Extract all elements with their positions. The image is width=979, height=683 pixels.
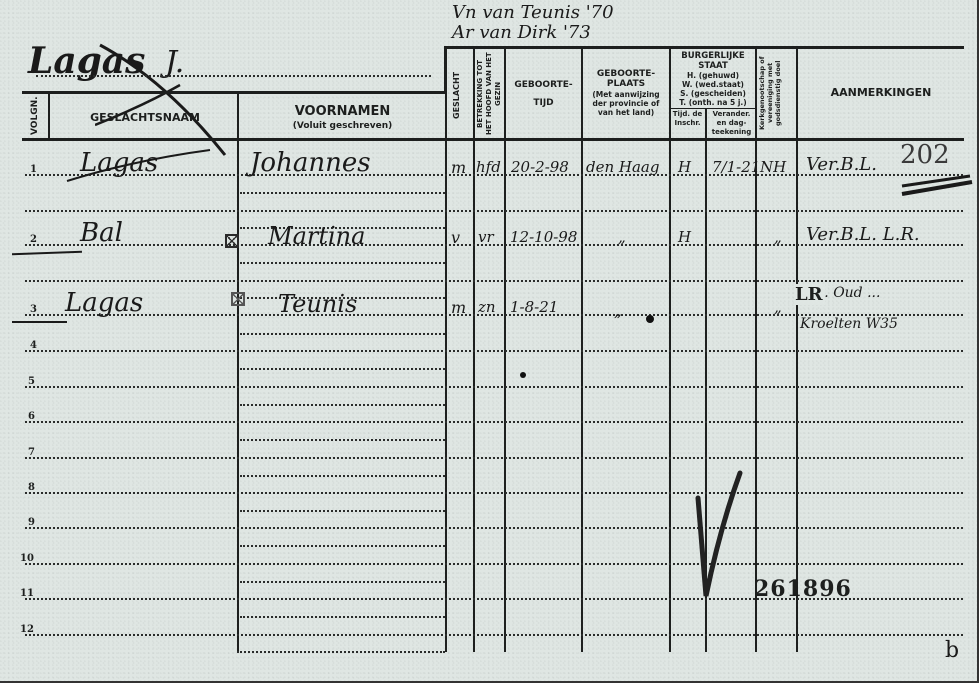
header-top-right-border — [444, 46, 964, 49]
row-number: 2 — [30, 234, 37, 245]
row-birthdate: 1-8-21 — [510, 298, 558, 316]
header-aanmerkingen: AANMERKINGEN — [798, 86, 964, 99]
voornamen-sub-line — [240, 192, 445, 194]
row-number: 5 — [28, 376, 35, 387]
col-divider-voornamen — [445, 94, 447, 652]
header-top-left-border — [22, 91, 446, 94]
burgerlijke-staat-sub-divider — [669, 108, 756, 109]
row-gender: m — [451, 298, 466, 317]
row-sep-1 — [25, 210, 963, 212]
col-divider-geslachtsnaam — [237, 94, 239, 652]
header-voornamen: VOORNAMEN — [240, 104, 445, 119]
row-number: 8 — [28, 482, 35, 493]
voornamen-sub-line — [240, 333, 445, 335]
header-geslachtsnaam: GESLACHTSNAAM — [70, 111, 220, 124]
header-verandering: Verander. en dag-teekening — [707, 110, 756, 137]
voornamen-sub-line — [240, 262, 445, 264]
header-geboorteplaats-sub: (Met aanwijzing der provincie of van het… — [585, 90, 667, 117]
voornamen-sub-line — [240, 616, 445, 618]
row-number: 1 — [30, 164, 37, 175]
ink-dot — [520, 372, 526, 378]
row-change-date: 7/1-21 — [712, 158, 760, 176]
voornamen-sub-line — [240, 368, 445, 370]
row-remarks: Ver.B.L. — [806, 154, 877, 175]
row-birthplace: den Haag — [586, 158, 659, 176]
voornamen-sub-line — [240, 475, 445, 477]
header-geslacht: GESLACHT — [452, 56, 461, 134]
row-surname: Bal — [80, 218, 123, 248]
header-geboorteplaats-2: PLAATS — [583, 79, 669, 89]
row-church: NH — [760, 158, 786, 176]
header-bs-w: W. (wed.staat) — [670, 80, 756, 89]
voornamen-sub-line — [240, 404, 445, 406]
row-number: 4 — [30, 340, 37, 351]
surname-underline-mark — [12, 251, 82, 255]
header-volgn: VOLGN. — [30, 97, 40, 135]
row-relation: vr — [478, 228, 494, 246]
row-line-7 — [25, 457, 963, 459]
header-kerkgenootschap: Kerkgenootschap of vereeniging met godsd… — [758, 50, 796, 136]
row-number: 10 — [20, 553, 34, 564]
row-civil-status: H — [678, 228, 691, 246]
row-birthplace: „ — [618, 228, 626, 246]
header-dotted-line — [36, 75, 431, 77]
header-bs-t: T. (onth. na 5 j.) — [670, 98, 756, 107]
header-geboortetijd-1: GEBOORTE- — [506, 80, 581, 90]
row-church: „ — [774, 298, 782, 316]
row-relation: hfd — [476, 158, 501, 176]
row-line-6 — [25, 421, 963, 423]
header-bottom-border — [22, 138, 964, 141]
row-sep-2 — [25, 280, 963, 282]
checkbox-marked-icon — [225, 234, 239, 248]
header-bs-s: S. (gescheiden) — [670, 89, 756, 98]
voornamen-sub-line — [240, 439, 445, 441]
voornamen-sub-line — [237, 651, 445, 653]
row-birthplace: „ — [614, 302, 622, 320]
check-mark-icon — [690, 468, 750, 603]
header-geboorteplaats-1: GEBOORTE- — [583, 69, 669, 79]
voornamen-sub-line — [240, 581, 445, 583]
surname-underline-mark — [12, 321, 67, 323]
row-number: 9 — [28, 517, 35, 528]
family-registration-card: Lagas J. Vn van Teunis '70 Ar van Dirk '… — [0, 0, 979, 683]
row-line-10 — [25, 563, 963, 565]
header-bs-h: H. (gehuwd) — [670, 71, 756, 80]
row-remarks-stamp: LR — [795, 284, 825, 305]
row-church: „ — [774, 228, 782, 246]
voornamen-sub-line — [240, 545, 445, 547]
strike-mark-icon — [900, 174, 975, 199]
row-number: 11 — [20, 588, 34, 599]
row-line-5 — [25, 386, 963, 388]
header-burgerlijke-staat: BURGERLIJKE STAAT — [670, 51, 756, 71]
row-firstname: Johannes — [250, 148, 371, 178]
row-firstname: Teunis — [278, 290, 357, 318]
header-tijd-inschr: Tijd. de Inschr. — [670, 110, 705, 128]
stamp-number: 261896 — [754, 576, 852, 602]
header-geboortetijd-2: TIJD — [506, 98, 581, 108]
corner-mark: b — [945, 638, 959, 663]
row-number: 3 — [30, 304, 37, 315]
row-number: 12 — [20, 624, 34, 635]
checkbox-marked-icon — [231, 292, 245, 306]
annotation-line-2: Ar van Dirk '73 — [452, 22, 591, 43]
header-step-line — [444, 47, 447, 94]
header-voornamen-sub: (Voluit geschreven) — [240, 121, 445, 131]
row-birthdate: 20-2-98 — [511, 158, 569, 176]
voornamen-sub-line — [240, 510, 445, 512]
row-remarks-line-2: Kroelten W35 — [800, 316, 898, 332]
cross-out-mark-icon — [95, 40, 235, 160]
row-number: 7 — [28, 447, 35, 458]
row-gender: m — [451, 158, 466, 177]
annotation-line-1: Vn van Teunis '70 — [452, 2, 614, 23]
row-surname: Lagas — [65, 288, 143, 318]
row-line-4 — [25, 350, 963, 352]
row-line-9 — [25, 527, 963, 529]
col-divider-volgn — [48, 94, 50, 138]
surname-underline-mark-icon — [65, 145, 215, 185]
row-civil-status: H — [678, 158, 691, 176]
row-line-12 — [25, 634, 963, 636]
row-gender: v — [451, 228, 460, 247]
row-number: 6 — [28, 411, 35, 422]
row-line-8 — [25, 492, 963, 494]
ink-dot — [646, 315, 654, 323]
row-birthdate: 12-10-98 — [510, 228, 577, 246]
row-remarks-extra: 202 — [900, 140, 950, 170]
row-remarks: Ver.B.L. L.R. — [806, 224, 920, 245]
row-firstname: Martina — [268, 222, 365, 250]
header-betrekking: BETREKKING TOT HET HOOFD VAN HET GEZIN — [476, 52, 504, 136]
row-relation: zn — [478, 298, 496, 316]
